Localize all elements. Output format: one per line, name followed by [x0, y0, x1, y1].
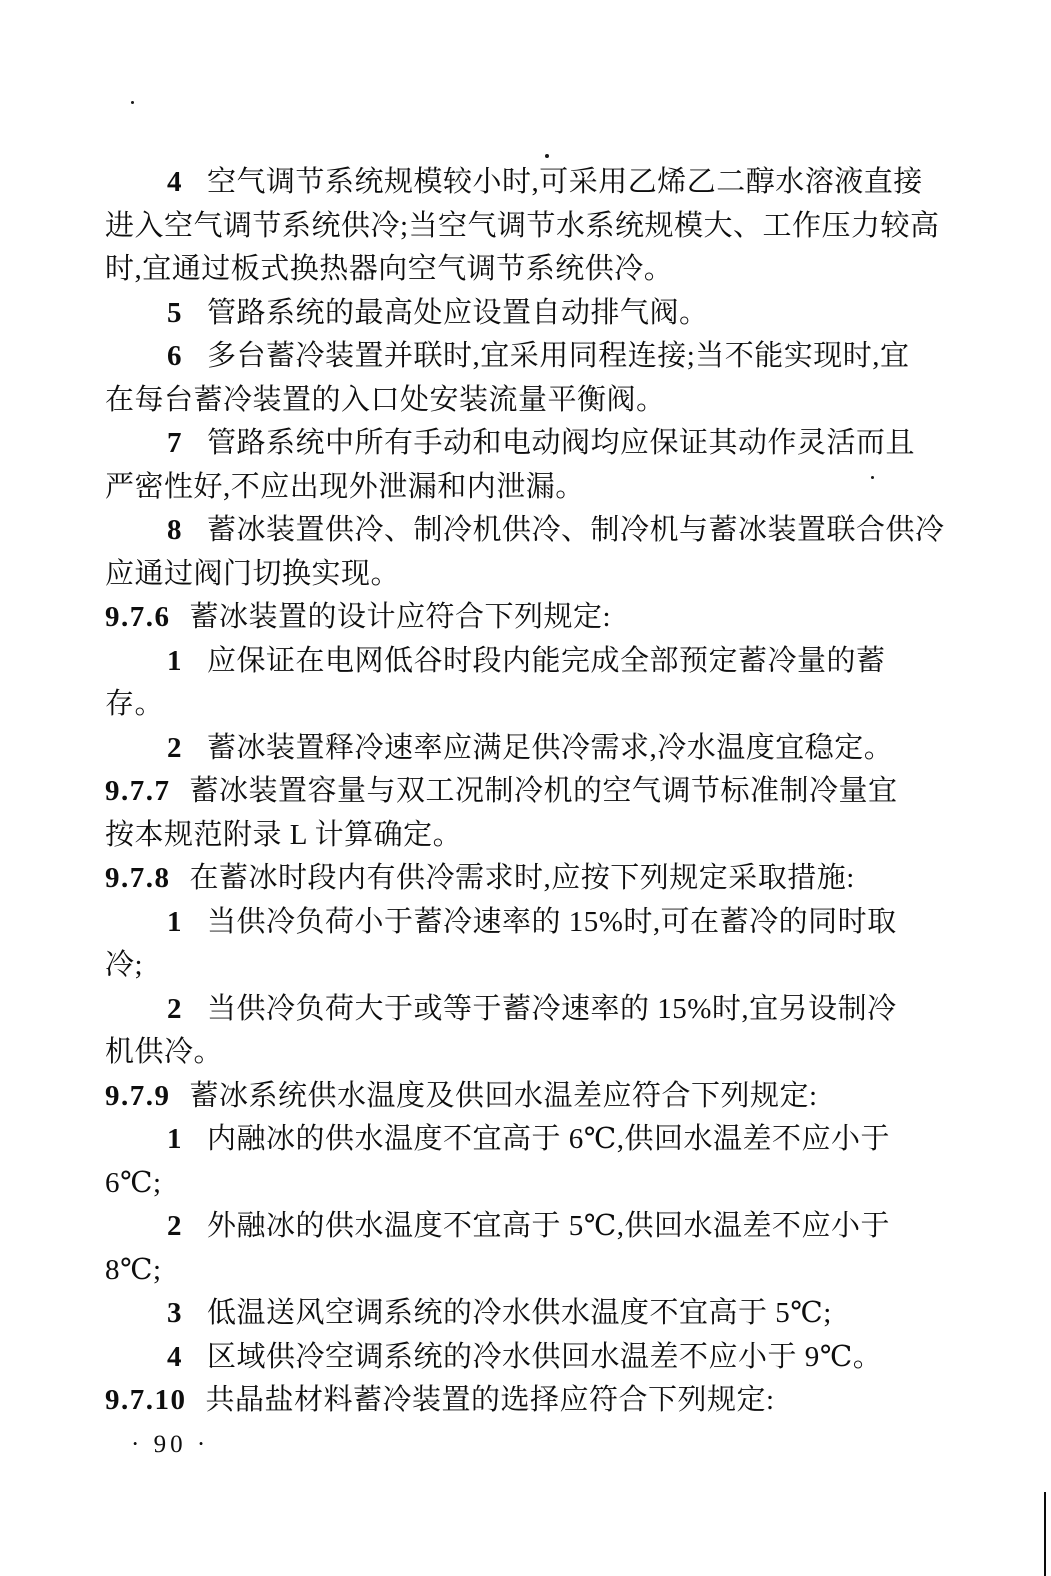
text-line: 6多台蓄冷装置并联时,宜采用同程连接;当不能实现时,宜	[105, 335, 953, 379]
line-text: 冷;	[105, 949, 143, 981]
line-text: 应通过阀门切换实现。	[105, 558, 400, 590]
line-text: 多台蓄冷装置并联时,宜采用同程连接;当不能实现时,宜	[207, 340, 910, 372]
text-line: 1当供冷负荷小于蓄冷速率的 15%时,可在蓄冷的同时取	[105, 901, 953, 945]
clause-number: 9.7.8	[105, 862, 171, 894]
clause-number: 2	[167, 993, 182, 1025]
text-line: 6℃;	[105, 1162, 953, 1206]
clause-number: 1	[167, 906, 182, 938]
text-line: 时,宜通过板式换热器向空气调节系统供冷。	[105, 248, 953, 292]
scan-speck	[871, 476, 874, 479]
clause-number: 2	[167, 732, 182, 764]
text-line: 9.7.7蓄冰装置容量与双工况制冷机的空气调节标准制冷量宜	[105, 770, 953, 814]
clause-number: 1	[167, 1123, 182, 1155]
line-text: 时,宜通过板式换热器向空气调节系统供冷。	[105, 253, 673, 285]
clause-number: 1	[167, 645, 182, 677]
scan-artifact-line	[1044, 1492, 1046, 1576]
clause-number: 9.7.9	[105, 1080, 171, 1112]
text-line: 1内融冰的供水温度不宜高于 6℃,供回水温差不应小于	[105, 1118, 953, 1162]
text-line: 9.7.6蓄冰装置的设计应符合下列规定:	[105, 596, 953, 640]
text-line: 冷;	[105, 944, 953, 988]
text-line: 应通过阀门切换实现。	[105, 553, 953, 597]
document-page: 4空气调节系统规模较小时,可采用乙烯乙二醇水溶液直接进入空气调节系统供冷;当空气…	[0, 0, 1051, 1576]
line-text: 机供冷。	[105, 1036, 223, 1068]
clause-number: 9.7.10	[105, 1384, 187, 1416]
clause-number: 2	[167, 1210, 182, 1242]
line-text: 应保证在电网低谷时段内能完成全部预定蓄冷量的蓄	[207, 645, 886, 677]
text-line: 按本规范附录 L 计算确定。	[105, 814, 953, 858]
line-text: 外融冰的供水温度不宜高于 5℃,供回水温差不应小于	[207, 1210, 890, 1242]
text-line: 9.7.9蓄冰系统供水温度及供回水温差应符合下列规定:	[105, 1075, 953, 1119]
text-line: 存。	[105, 683, 953, 727]
text-line: 进入空气调节系统供冷;当空气调节水系统规模大、工作压力较高	[105, 205, 953, 249]
clause-number: 6	[167, 340, 182, 372]
line-text: 管路系统中所有手动和电动阀均应保证其动作灵活而且	[207, 427, 915, 459]
line-text: 管路系统的最高处应设置自动排气阀。	[207, 297, 709, 329]
clause-number: 9.7.7	[105, 775, 171, 807]
text-line: 8蓄冰装置供冷、制冷机供冷、制冷机与蓄冰装置联合供冷	[105, 509, 953, 553]
text-line: 1应保证在电网低谷时段内能完成全部预定蓄冷量的蓄	[105, 640, 953, 684]
line-text: 蓄冰系统供水温度及供回水温差应符合下列规定:	[190, 1080, 818, 1112]
line-text: 内融冰的供水温度不宜高于 6℃,供回水温差不应小于	[207, 1123, 890, 1155]
text-line: 4空气调节系统规模较小时,可采用乙烯乙二醇水溶液直接	[105, 161, 953, 205]
text-line: 7管路系统中所有手动和电动阀均应保证其动作灵活而且	[105, 422, 953, 466]
clause-number: 8	[167, 514, 182, 546]
line-text: 蓄冰装置容量与双工况制冷机的空气调节标准制冷量宜	[190, 775, 898, 807]
text-line: 2外融冰的供水温度不宜高于 5℃,供回水温差不应小于	[105, 1205, 953, 1249]
line-text: 在蓄冰时段内有供冷需求时,应按下列规定采取措施:	[190, 862, 855, 894]
line-text: 蓄冰装置的设计应符合下列规定:	[190, 601, 612, 633]
clause-number: 3	[167, 1297, 182, 1329]
line-text: 低温送风空调系统的冷水供水温度不宜高于 5℃;	[207, 1297, 832, 1329]
line-text: 按本规范附录 L 计算确定。	[105, 819, 462, 851]
text-lines: 4空气调节系统规模较小时,可采用乙烯乙二醇水溶液直接进入空气调节系统供冷;当空气…	[105, 161, 953, 1423]
text-line: 在每台蓄冷装置的入口处安装流量平衡阀。	[105, 379, 953, 423]
text-line: 3低温送风空调系统的冷水供水温度不宜高于 5℃;	[105, 1292, 953, 1336]
clause-number: 9.7.6	[105, 601, 171, 633]
clause-number: 4	[167, 166, 182, 198]
line-text: 8℃;	[105, 1254, 162, 1286]
text-line: 5管路系统的最高处应设置自动排气阀。	[105, 292, 953, 336]
line-text: 当供冷负荷小于蓄冷速率的 15%时,可在蓄冷的同时取	[207, 906, 897, 938]
clause-number: 4	[167, 1341, 182, 1373]
text-line: 2当供冷负荷大于或等于蓄冷速率的 15%时,宜另设制冷	[105, 988, 953, 1032]
line-text: 当供冷负荷大于或等于蓄冷速率的 15%时,宜另设制冷	[207, 993, 897, 1025]
line-text: 蓄冰装置供冷、制冷机供冷、制冷机与蓄冰装置联合供冷	[207, 514, 945, 546]
text-line: 9.7.10共晶盐材料蓄冷装置的选择应符合下列规定:	[105, 1379, 953, 1423]
clause-number: 5	[167, 297, 182, 329]
line-text: 蓄冰装置释冷速率应满足供冷需求,冷水温度宜稳定。	[207, 732, 893, 764]
page-number: · 90 ·	[131, 1429, 209, 1461]
line-text: 严密性好,不应出现外泄漏和内泄漏。	[105, 471, 585, 503]
line-text: 存。	[105, 688, 164, 720]
text-line: 2蓄冰装置释冷速率应满足供冷需求,冷水温度宜稳定。	[105, 727, 953, 771]
text-line: 机供冷。	[105, 1031, 953, 1075]
line-text: 6℃;	[105, 1167, 162, 1199]
line-text: 在每台蓄冷装置的入口处安装流量平衡阀。	[105, 384, 666, 416]
text-line: 9.7.8在蓄冰时段内有供冷需求时,应按下列规定采取措施:	[105, 857, 953, 901]
clause-number: 7	[167, 427, 182, 459]
scan-speck	[545, 154, 549, 158]
text-line: 4区域供冷空调系统的冷水供回水温差不应小于 9℃。	[105, 1336, 953, 1380]
line-text: 共晶盐材料蓄冷装置的选择应符合下列规定:	[206, 1384, 775, 1416]
line-text: 进入空气调节系统供冷;当空气调节水系统规模大、工作压力较高	[105, 210, 940, 242]
text-line: 8℃;	[105, 1249, 953, 1293]
line-text: 区域供冷空调系统的冷水供回水温差不应小于 9℃。	[207, 1341, 882, 1373]
line-text: 空气调节系统规模较小时,可采用乙烯乙二醇水溶液直接	[207, 166, 923, 198]
scan-speck	[131, 101, 134, 104]
text-line: 严密性好,不应出现外泄漏和内泄漏。	[105, 466, 953, 510]
